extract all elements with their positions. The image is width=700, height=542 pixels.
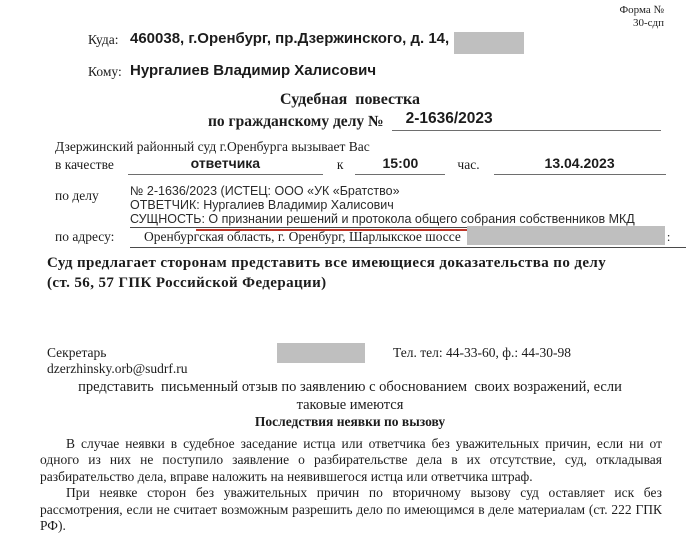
form-number-note: Форма № 30-сдп — [619, 4, 664, 30]
instruction-line2: таковые имеются — [0, 397, 700, 414]
komu-value: Нургалиев Владимир Халисович — [130, 62, 376, 79]
time-field: 15:00 — [355, 155, 445, 175]
k-label: к — [337, 157, 344, 175]
instruction-line1: представить письменный отзыв по заявлени… — [0, 379, 700, 396]
case-label: по делу — [55, 188, 99, 204]
case-line-defendant: ОТВЕТЧИК: Нургалиев Владимир Халисович — [130, 199, 652, 213]
court-summons-document: Форма № 30-сдп Куда: 460038, г.Оренбург,… — [0, 0, 700, 542]
case-essence-text: СУЩНОСТЬ: О признании решений и протокол… — [130, 212, 635, 226]
redaction-box-court-address — [467, 226, 665, 245]
kuda-label: Куда: — [88, 30, 130, 48]
komu-row: Кому: Нургалиев Владимир Халисович — [88, 62, 376, 80]
email-text: dzerzhinsky.orb@sudrf.ru — [47, 361, 188, 377]
hour-label: час. — [457, 157, 479, 175]
paragraph-no-show-fine: В случае неявки в судебное заседание ист… — [40, 436, 662, 485]
court-name-line: Дзержинский районный суд г.Оренбурга выз… — [55, 139, 370, 155]
case-number-field: 2-1636/2023 — [392, 110, 661, 131]
court-address-label: по адресу: — [55, 229, 114, 245]
redaction-box-secretary — [277, 343, 365, 363]
form-note-line1: Форма № — [619, 4, 664, 17]
proposal-line2: (ст. 56, 57 ГПК Российской Федерации) — [47, 274, 644, 294]
court-proposal-text: Суд предлагает сторонам представить все … — [47, 254, 644, 293]
role-label: в качестве — [55, 157, 114, 175]
document-title: Судебная повестка — [0, 91, 700, 109]
phone-text: Тел. тел: 44-33-60, ф.: 44-30-98 — [393, 345, 571, 361]
form-note-line2: 30-сдп — [619, 17, 664, 30]
case-line-plaintiff: № 2-1636/2023 (ИСТЕЦ: ООО «УК «Братство» — [130, 185, 652, 199]
redaction-box-address — [454, 32, 524, 54]
consequences-heading: Последствия неявки по вызову — [0, 414, 700, 430]
kuda-row: Куда: 460038, г.Оренбург, пр.Дзержинског… — [88, 30, 524, 52]
paragraph-second-summons: При неявке сторон без уважительных причи… — [40, 485, 662, 534]
consequences-paragraphs: В случае неявки в судебное заседание ист… — [40, 436, 662, 534]
komu-label: Кому: — [88, 62, 130, 80]
court-address-value: Оренбургская область, г. Оренбург, Шарлы… — [130, 229, 461, 245]
trailing-mark: : — [667, 230, 670, 245]
case-details-block: № 2-1636/2023 (ИСТЕЦ: ООО «УК «Братство»… — [130, 185, 652, 228]
court-address-field: Оренбургская область, г. Оренбург, Шарлы… — [130, 226, 686, 248]
secretary-label: Секретарь — [47, 345, 106, 361]
proposal-line1: Суд предлагает сторонам представить все … — [47, 254, 644, 274]
summons-details-row: в качестве ответчика к 15:00 час. 13.04.… — [55, 155, 666, 175]
role-field: ответчика — [128, 155, 323, 175]
case-number-prefix: по гражданскому делу № — [208, 113, 384, 131]
case-number-line: по гражданскому делу № 2-1636/2023 — [208, 110, 661, 131]
date-field: 13.04.2023 — [494, 155, 666, 175]
kuda-value: 460038, г.Оренбург, пр.Дзержинского, д. … — [130, 30, 449, 47]
